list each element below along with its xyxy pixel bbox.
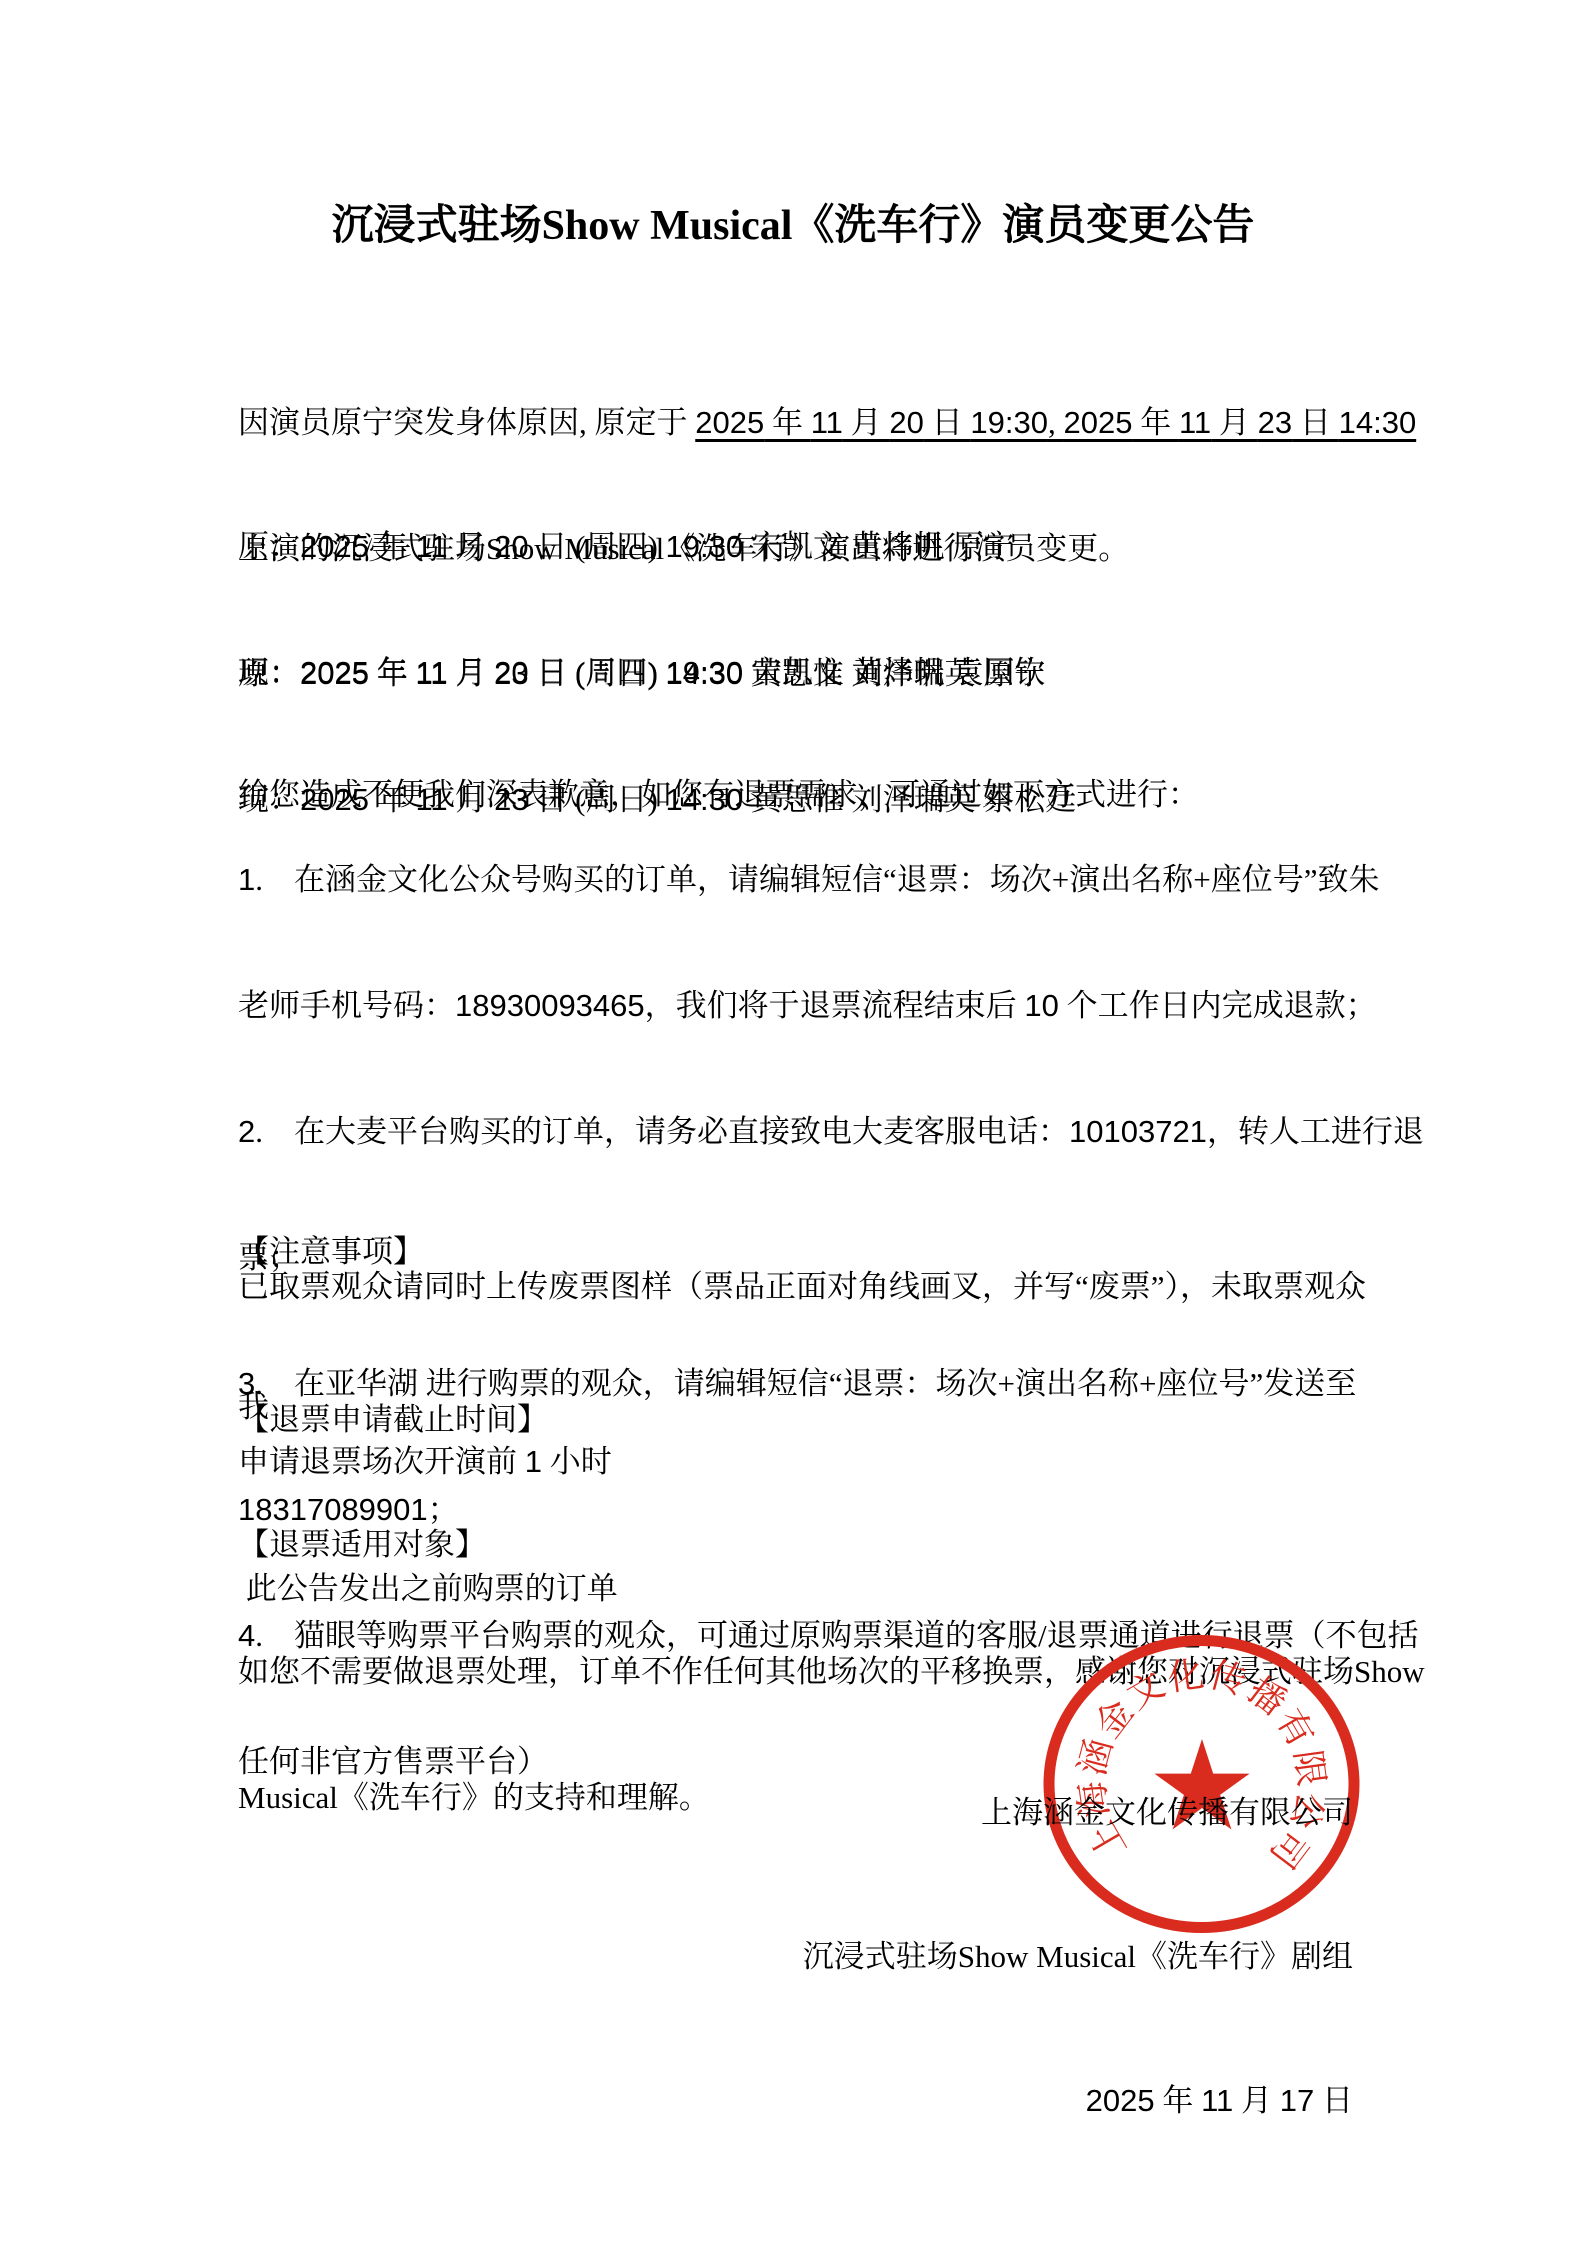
intro-prefix: 因演员原宁突发身体原因, 原定于 (238, 405, 695, 440)
signature-block: 上海涵金文化传播有限公司 沉浸式驻场Show Musical《洗车行》剧组 20… (238, 1693, 1353, 2221)
refund-method-line: 1. 在涵金文化公众号购买的订单，请编辑短信“退票：场次+演出名称+座位号”致朱 (238, 859, 1353, 901)
intro-line-1: 因演员原宁突发身体原因, 原定于 2025 年 11 月 20 日 19:30,… (238, 402, 1353, 444)
page-title: 沉浸式驻场Show Musical《洗车行》演员变更公告 (0, 197, 1586, 255)
refund-method-line: 老师手机号码：18930093465，我们将于退票流程结束后 10 个工作日内完… (238, 985, 1353, 1027)
signature-troupe: 沉浸式驻场Show Musical《洗车行》剧组 (238, 1933, 1353, 1981)
announcement-document: 沉浸式驻场Show Musical《洗车行》演员变更公告 因演员原宁突发身体原因… (0, 0, 1586, 2244)
cast-original-line: 原：2025 年 11 月 23 日 (周日) 14:30 黄思惟 刘泽瑞英 原… (238, 653, 1353, 695)
notes-line: 已取票观众请同时上传废票图样（票品正面对角线画叉，并写“废票”），未取票观众 (238, 1267, 1353, 1307)
signature-company: 上海涵金文化传播有限公司 (238, 1789, 1353, 1837)
cast-original-line: 原：2025 年 11 月 20 日 (周四) 19:30 宋凯文 黄炜帆 原宁 (238, 526, 1353, 568)
underlined-show-dates: 2025 年 11 月 20 日 19:30, 2025 年 11 月 23 日… (695, 405, 1416, 440)
signature-date: 2025 年 11 月 17 日 (238, 2077, 1353, 2125)
